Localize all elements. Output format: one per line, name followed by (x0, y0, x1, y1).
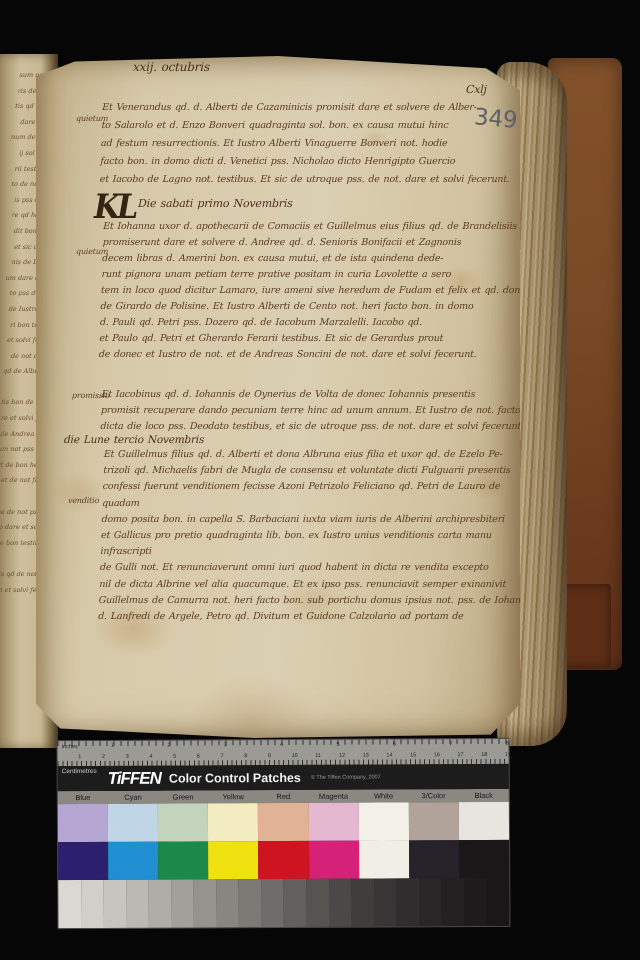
centimetre-number: 1 (78, 754, 81, 760)
patch-magenta-saturated (309, 841, 359, 879)
gray-step-16 (396, 878, 419, 926)
register-entry: Et Iohanna uxor d. apothecarii de Comaci… (98, 219, 539, 363)
patch-label: Magenta (308, 792, 358, 801)
manuscript-photograph: sum not ꝑ sol ris de bon fec tis qd heri… (0, 0, 640, 960)
patch-black-saturated (459, 840, 509, 878)
gray-step-12 (306, 879, 329, 927)
inch-number: 8 (506, 741, 509, 747)
gray-step-3 (103, 880, 126, 928)
centimetre-number: 7 (220, 753, 223, 759)
tiffen-color-control-card: Inches 12345678 123456789101112131415161… (57, 738, 511, 929)
patch-label: Black (459, 791, 509, 800)
patch-label: Blue (58, 793, 108, 802)
centimetre-number: 14 (386, 752, 392, 758)
tiffen-logo: TiFFEN (108, 768, 161, 788)
centimetre-number: 10 (292, 753, 298, 759)
patch-red-saturated (258, 841, 308, 879)
pastel-patch-row (58, 802, 509, 842)
manuscript-page: xxij. octubris Cxlj 349 quietum Et Vener… (36, 56, 520, 738)
patch-3-color-pastel (409, 802, 459, 840)
centimetre-number: 16 (434, 752, 440, 758)
centimetre-number: 15 (410, 752, 416, 758)
gray-step-9 (239, 879, 262, 927)
saturated-patch-row (58, 840, 509, 880)
gray-step-17 (419, 878, 442, 926)
centimetre-number: 13 (363, 753, 369, 759)
patch-label: Cyan (108, 793, 158, 802)
gray-step-13 (329, 879, 352, 927)
register-entry: Et Venerandus qd. d. Alberti de Cazamini… (99, 99, 538, 189)
inch-number: 3 (224, 742, 227, 748)
patch-blue-saturated (58, 842, 108, 880)
centimetre-number: 9 (268, 753, 271, 759)
patch-label: Yellow (208, 792, 258, 801)
patch-blue-pastel (58, 804, 108, 842)
centimetre-number: 6 (197, 753, 200, 759)
inch-number: 1 (111, 743, 114, 749)
patch-yellow-saturated (208, 841, 258, 879)
date-rubric: Die sabati primo Novembris (138, 197, 293, 210)
centimetre-number: 4 (149, 754, 152, 760)
centimetre-number: 18 (481, 752, 487, 758)
patch-yellow-pastel (208, 803, 258, 841)
centimetre-number: 11 (315, 753, 321, 759)
gray-step-19 (464, 878, 487, 926)
gray-step-4 (126, 880, 149, 928)
patch-green-saturated (158, 841, 208, 879)
patch-label: White (358, 791, 408, 800)
margin-note: venditio (68, 496, 99, 505)
inch-number: 4 (280, 742, 283, 748)
gray-step-20 (487, 878, 510, 926)
patch-red-pastel (258, 803, 308, 841)
centimetre-number: 19 (505, 752, 509, 758)
gray-step-10 (261, 879, 284, 927)
centimetre-number: 8 (244, 753, 247, 759)
ruler-strip: Inches 12345678 123456789101112131415161… (58, 739, 509, 766)
gray-step-5 (148, 880, 171, 928)
centimetre-number: 2 (102, 754, 105, 760)
inches-label: Inches (62, 744, 78, 750)
register-entry: Et Guillelmus filius qd. d. Alberti et d… (98, 447, 540, 625)
patch-3-color-saturated (409, 840, 459, 878)
inch-number: 7 (449, 741, 452, 747)
patch-magenta-pastel (308, 803, 358, 841)
month-heading: xxij. octubris (133, 60, 210, 74)
inch-number: 2 (167, 743, 170, 749)
gray-step-14 (351, 879, 374, 927)
patch-green-pastel (158, 803, 208, 841)
patch-cyan-pastel (108, 804, 158, 842)
patch-label: 3/Color (409, 791, 459, 800)
chart-title: Color Control Patches (169, 770, 301, 785)
gray-step-6 (171, 879, 194, 927)
centimetre-number: 3 (126, 754, 129, 760)
gray-step-18 (442, 878, 465, 926)
gray-step-1 (58, 880, 81, 928)
centimetre-number: 12 (339, 753, 345, 759)
patch-white-saturated (359, 840, 409, 878)
gray-step-2 (81, 880, 104, 928)
patch-black-pastel (459, 802, 509, 840)
patch-cyan-saturated (108, 842, 158, 880)
gray-step-15 (374, 878, 397, 926)
centimetre-number: 17 (457, 752, 463, 758)
grayscale-step-wedge (58, 878, 509, 928)
brand-band: Centimetres TiFFEN Color Control Patches… (58, 764, 509, 791)
inch-number: 5 (337, 742, 340, 748)
date-rubric: die Lune tercio Novembris (64, 434, 205, 446)
gray-step-7 (194, 879, 217, 927)
inch-number: 6 (393, 741, 396, 747)
old-folio-mark: Cxlj (466, 83, 487, 96)
centimetres-label: Centimetres (62, 768, 97, 775)
register-entry: Et Iacobinus qd. d. Iohannis de Oynerius… (100, 387, 538, 435)
centimetre-number: 5 (173, 754, 176, 760)
gray-step-8 (216, 879, 239, 927)
chart-copyright: © The Tiffen Company, 2007 (311, 774, 381, 780)
patch-white-pastel (358, 802, 408, 840)
gray-step-11 (284, 879, 307, 927)
patch-label: Red (258, 792, 308, 801)
patch-label: Green (158, 792, 208, 801)
